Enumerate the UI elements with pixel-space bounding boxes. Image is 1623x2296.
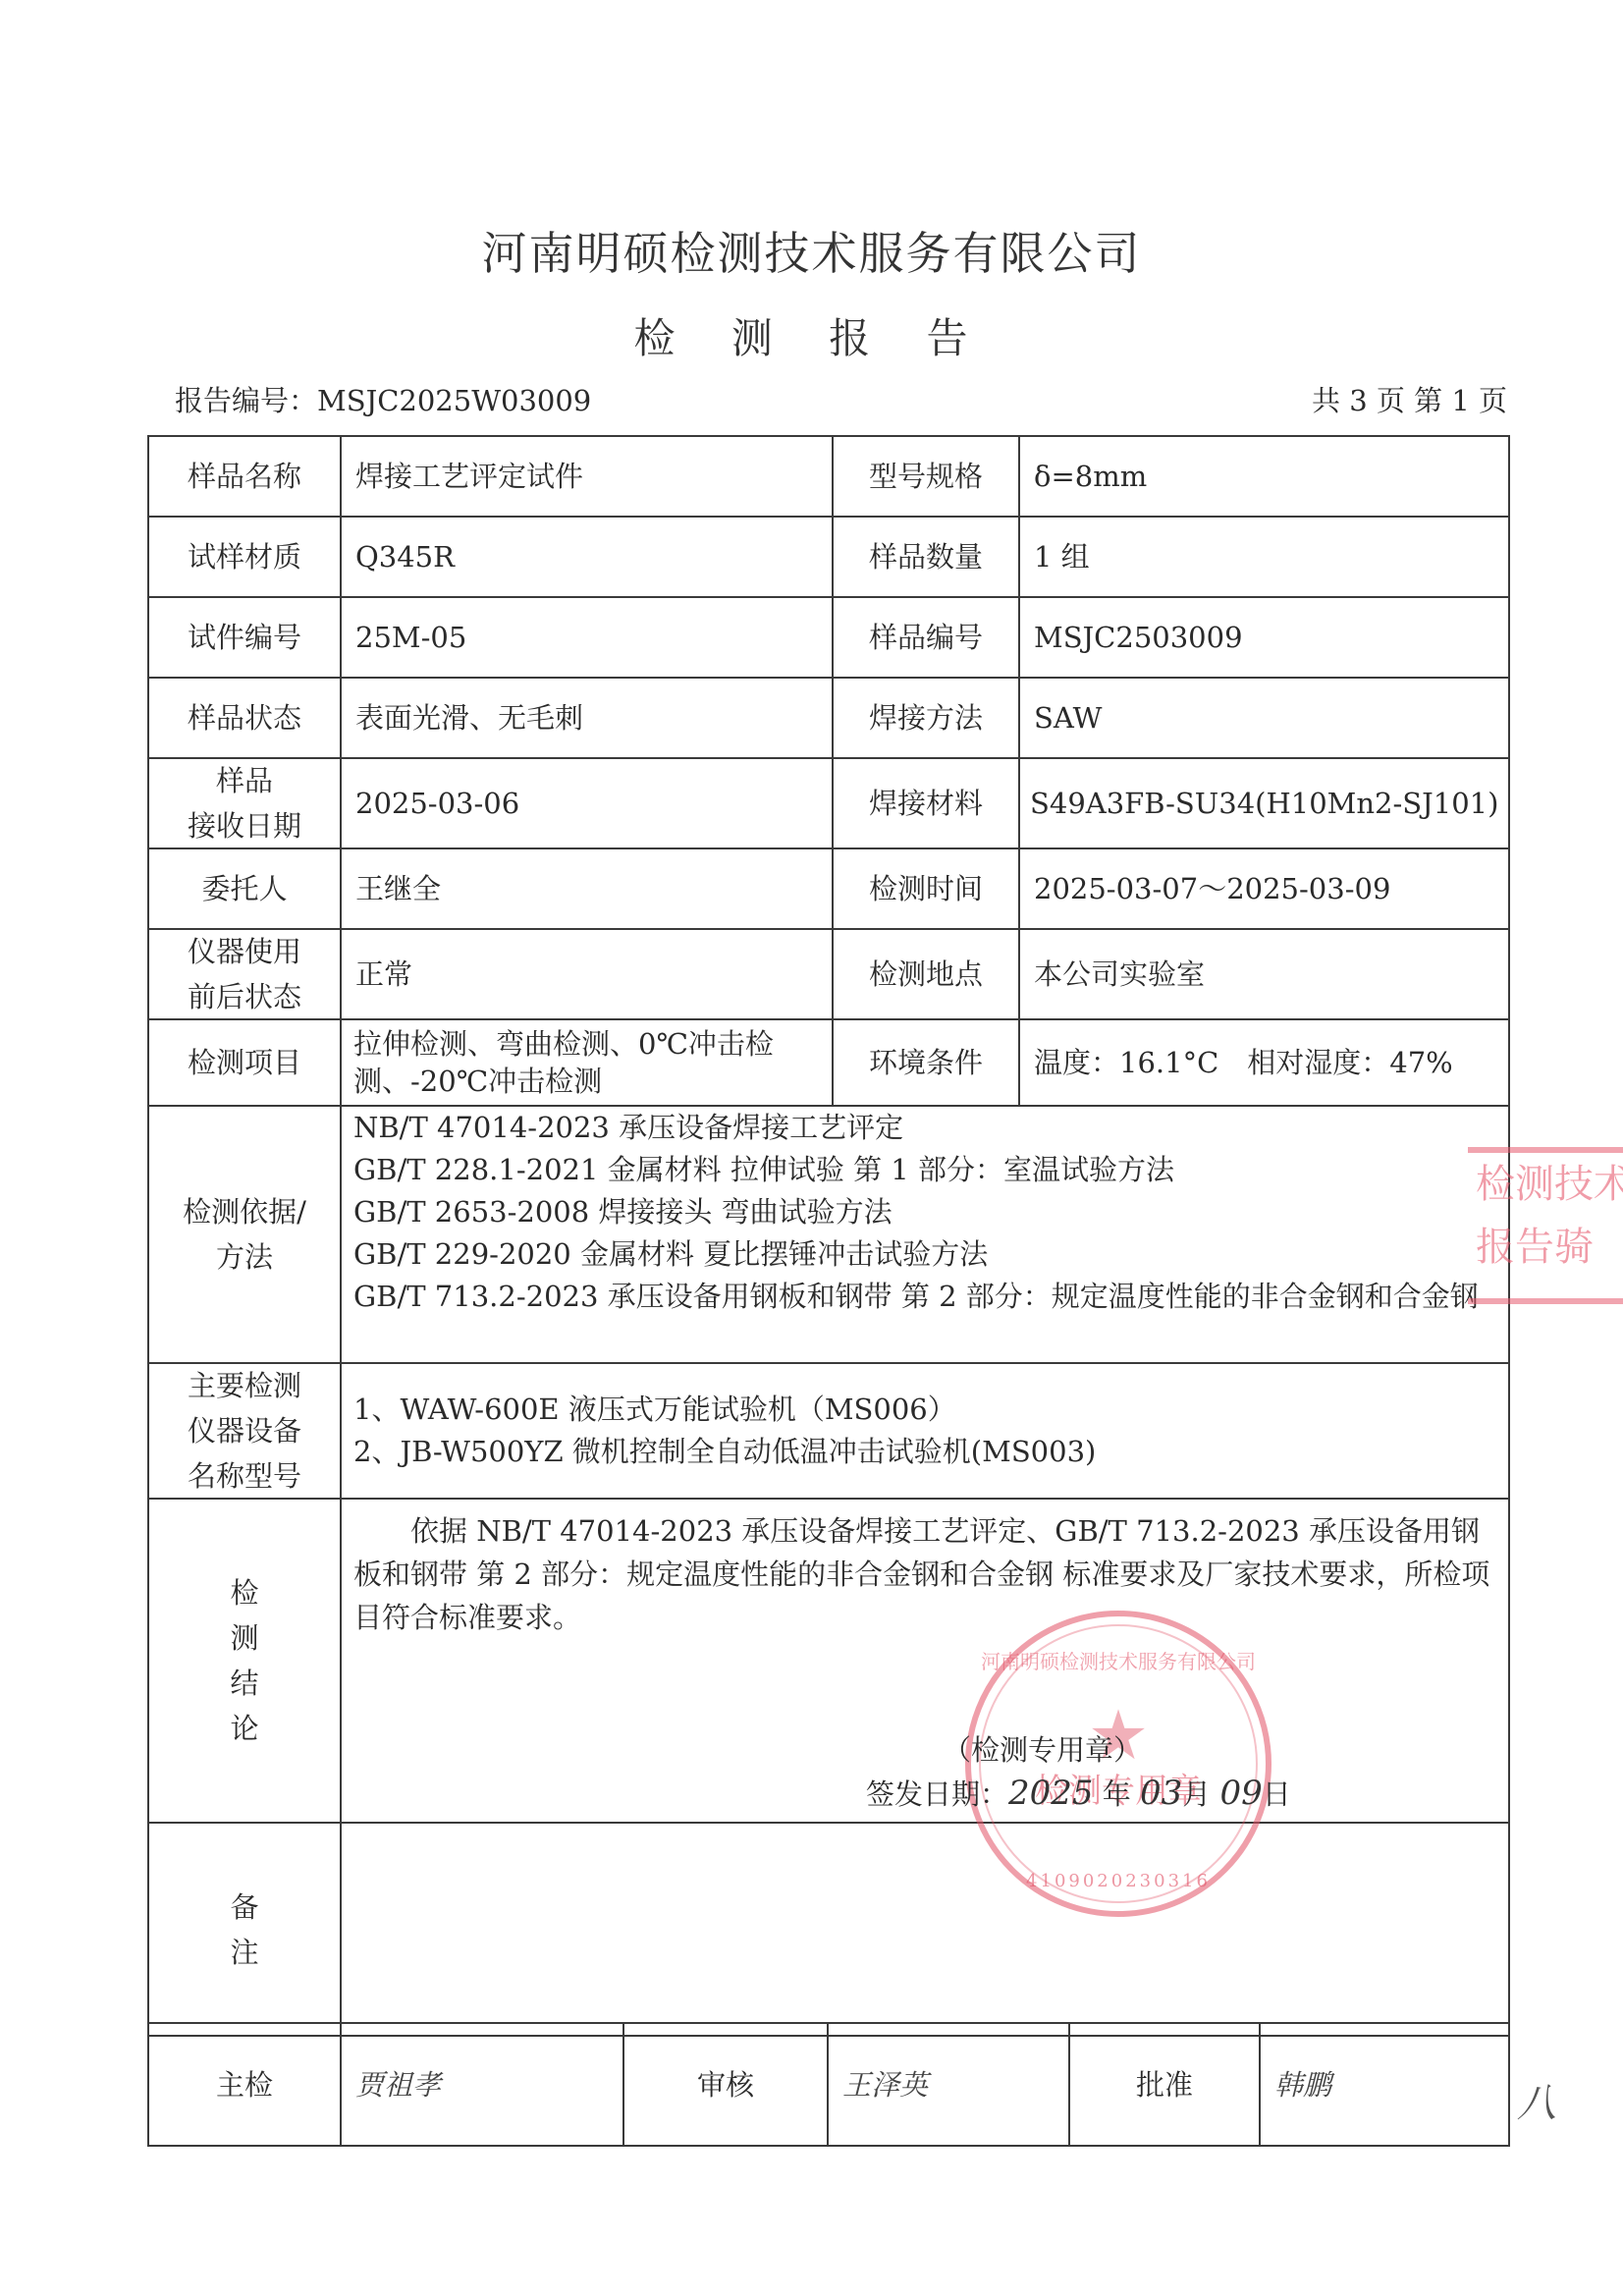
signature-row: 主检 贾祖孝 审核 王泽英 批准 韩鹏 [148, 2023, 1509, 2146]
standard-item: GB/T 228.1-2021 金属材料 拉伸试验 第 1 部分：室温试验方法 [353, 1149, 1494, 1191]
perforation-seal: 检测技术 报告骑 [1468, 1147, 1623, 1304]
table-row: 试件编号 25M-05 样品编号 MSJC2503009 [148, 597, 1509, 678]
standard-item: GB/T 2653-2008 焊接接头 弯曲试验方法 [353, 1191, 1494, 1233]
signature-table: 主检 贾祖孝 审核 王泽英 批准 韩鹏 [147, 2022, 1510, 2147]
issue-month: 03 [1140, 1774, 1182, 1813]
standards-list: NB/T 47014-2023 承压设备焊接工艺评定 GB/T 228.1-20… [341, 1106, 1509, 1363]
standard-item: GB/T 713.2-2023 承压设备用钢板和钢带 第 2 部分：规定温度性能… [353, 1276, 1494, 1318]
equipment-list: 1、WAW-600E 液压式万能试验机（MS006） 2、JB-W500YZ 微… [341, 1363, 1509, 1499]
field-label: 试样材质 [148, 517, 341, 597]
label-line: 仪器设备 [188, 1409, 301, 1452]
approver-signature: 韩鹏 [1260, 2023, 1509, 2146]
field-value: 表面光滑、无毛刺 [341, 678, 833, 758]
standard-item: GB/T 229-2020 金属材料 夏比摆锤冲击试验方法 [353, 1233, 1494, 1276]
label-line: 检测依据/ [183, 1190, 306, 1233]
field-value: δ=8mm [1019, 436, 1509, 517]
field-value: 拉伸检测、弯曲检测、0℃冲击检测、-20℃冲击检测 [341, 1019, 833, 1106]
field-label: 样品状态 [148, 678, 341, 758]
equipment-row: 主要检测仪器设备名称型号 1、WAW-600E 液压式万能试验机（MS006） … [148, 1363, 1509, 1499]
remarks-row: 备注 [148, 1823, 1509, 2036]
field-label: 检测时间 [833, 848, 1019, 929]
company-name: 河南明硕检测技术服务有限公司 [0, 218, 1623, 283]
seal-code: 4109020230316 [971, 1871, 1266, 1891]
field-value: 2025-03-06 [341, 758, 833, 848]
conclusion-text: 依据 NB/T 47014-2023 承压设备焊接工艺评定、GB/T 713.2… [353, 1500, 1498, 1639]
remarks-value [341, 1823, 1509, 2036]
side-seal-line: 报告骑 [1476, 1216, 1623, 1279]
field-value: 本公司实验室 [1019, 929, 1509, 1019]
conclusion-label: 检测结论 [148, 1499, 341, 1823]
label-char: 检 [230, 1571, 258, 1614]
approver-signature-tail: 八 [1517, 2072, 1556, 2128]
field-label: 样品名称 [148, 436, 341, 517]
field-value: 正常 [341, 929, 833, 1019]
conclusion-row: 检测结论 依据 NB/T 47014-2023 承压设备焊接工艺评定、GB/T … [148, 1499, 1509, 1823]
field-value: 王继全 [341, 848, 833, 929]
label-char: 论 [230, 1707, 258, 1750]
table-row: 样品状态 表面光滑、无毛刺 焊接方法 SAW [148, 678, 1509, 758]
table-row: 试样材质 Q345R 样品数量 1 组 [148, 517, 1509, 597]
inspector-signature: 贾祖孝 [341, 2023, 623, 2146]
equipment-label: 主要检测仪器设备名称型号 [148, 1363, 341, 1499]
standards-row: 检测依据/方法 NB/T 47014-2023 承压设备焊接工艺评定 GB/T … [148, 1106, 1509, 1363]
reviewer-label: 审核 [623, 2023, 828, 2146]
year-unit: 年 [1103, 1777, 1131, 1811]
month-unit: 月 [1182, 1777, 1211, 1811]
field-value: S49A3FB-SU34(H10Mn2-SJ101) [1019, 758, 1509, 848]
label-char: 测 [230, 1616, 258, 1660]
approver-label: 批准 [1069, 2023, 1260, 2146]
field-label: 委托人 [148, 848, 341, 929]
table-row: 样品接收日期 2025-03-06 焊接材料 S49A3FB-SU34(H10M… [148, 758, 1509, 848]
table-row: 样品名称 焊接工艺评定试件 型号规格 δ=8mm [148, 436, 1509, 517]
table-row: 检测项目 拉伸检测、弯曲检测、0℃冲击检测、-20℃冲击检测 环境条件 温度：1… [148, 1019, 1509, 1106]
field-value: 25M-05 [341, 597, 833, 678]
inspector-label: 主检 [148, 2023, 341, 2146]
issue-date: 签发日期：2025 年 03月 09日 [866, 1773, 1291, 1813]
remarks-label: 备注 [148, 1823, 341, 2036]
standards-label: 检测依据/方法 [148, 1106, 341, 1363]
field-label: 样品编号 [833, 597, 1019, 678]
field-label: 检测地点 [833, 929, 1019, 1019]
field-label: 样品数量 [833, 517, 1019, 597]
label-line: 前后状态 [188, 975, 301, 1018]
field-value: SAW [1019, 678, 1509, 758]
report-number-value: MSJC2025W03009 [317, 384, 591, 417]
report-table: 样品名称 焊接工艺评定试件 型号规格 δ=8mm 试样材质 Q345R 样品数量… [147, 435, 1510, 2037]
field-value: 1 组 [1019, 517, 1509, 597]
stamp-note: （检测专用章） [943, 1728, 1142, 1769]
label-char: 结 [230, 1662, 258, 1705]
report-number: 报告编号：MSJC2025W03009 [175, 379, 591, 419]
label-line: 名称型号 [188, 1454, 301, 1498]
issue-year: 2025 [1008, 1774, 1094, 1813]
table-row: 仪器使用前后状态 正常 检测地点 本公司实验室 [148, 929, 1509, 1019]
seal-company-text: 河南明硕检测技术服务有限公司 [971, 1646, 1266, 1674]
field-value: 焊接工艺评定试件 [341, 436, 833, 517]
label-line: 方法 [216, 1235, 273, 1279]
field-label: 样品接收日期 [148, 758, 341, 848]
equipment-item: 2、JB-W500YZ 微机控制全自动低温冲击试验机(MS003) [353, 1431, 1494, 1473]
field-label: 环境条件 [833, 1019, 1019, 1106]
label-char: 注 [230, 1931, 258, 1974]
label-line: 主要检测 [188, 1364, 301, 1407]
field-value: Q345R [341, 517, 833, 597]
label-line: 接收日期 [188, 804, 301, 847]
field-value: MSJC2503009 [1019, 597, 1509, 678]
standard-item: NB/T 47014-2023 承压设备焊接工艺评定 [353, 1107, 1494, 1149]
issue-day: 09 [1220, 1774, 1263, 1813]
field-value: 2025-03-07～2025-03-09 [1019, 848, 1509, 929]
day-unit: 日 [1263, 1777, 1291, 1811]
issue-date-label: 签发日期： [866, 1777, 1008, 1811]
field-label: 焊接材料 [833, 758, 1019, 848]
label-line: 样品 [216, 759, 273, 802]
equipment-item: 1、WAW-600E 液压式万能试验机（MS006） [353, 1389, 1494, 1431]
field-label: 检测项目 [148, 1019, 341, 1106]
report-number-label: 报告编号： [175, 384, 317, 417]
field-label: 仪器使用前后状态 [148, 929, 341, 1019]
table-row: 委托人 王继全 检测时间 2025-03-07～2025-03-09 [148, 848, 1509, 929]
field-label: 试件编号 [148, 597, 341, 678]
reviewer-signature: 王泽英 [828, 2023, 1069, 2146]
page-indicator: 共 3 页 第 1 页 [1312, 379, 1507, 419]
label-line: 仪器使用 [188, 930, 301, 973]
label-char: 备 [230, 1886, 258, 1929]
field-label: 焊接方法 [833, 678, 1019, 758]
field-value: 温度：16.1°C 相对湿度：47% [1019, 1019, 1509, 1106]
document-title: 检 测 报 告 [0, 306, 1623, 365]
field-label: 型号规格 [833, 436, 1019, 517]
side-seal-line: 检测技术 [1476, 1153, 1623, 1216]
